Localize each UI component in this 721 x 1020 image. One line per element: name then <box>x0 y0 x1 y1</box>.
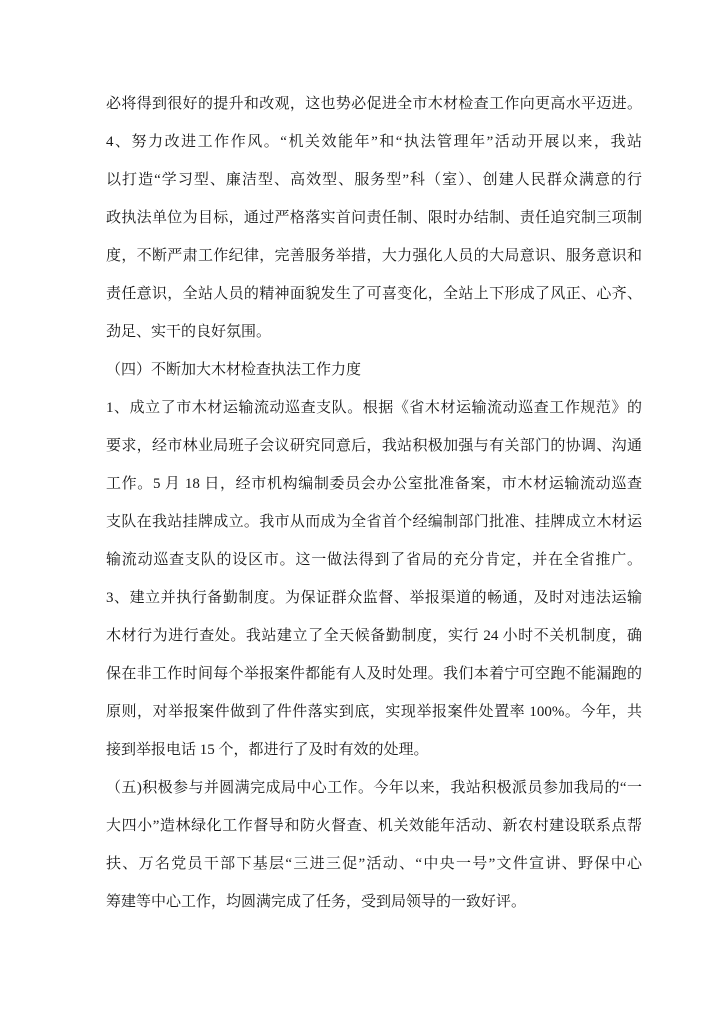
text-line: 责任意识，全站人员的精神面貌发生了可喜变化，全站上下形成了风正、心齐、 <box>106 275 642 313</box>
document-page: 必将得到很好的提升和改观，这也势必促进全市木材检查工作向更高水平迈进。 4、努力… <box>0 0 721 1020</box>
text-line: 原则，对举报案件做到了件件落实到底，实现举报案件处置率 100%。今年，共 <box>106 693 642 731</box>
text-line: 输流动巡查支队的设区市。这一做法得到了省局的充分肯定，并在全省推广。 <box>106 541 642 579</box>
paragraph: （五)积极参与并圆满完成局中心工作。今年以来，我站积极派员参加我局的“一 大四小… <box>106 769 642 921</box>
text-line: 政执法单位为目标，通过严格落实首问责任制、限时办结制、责任追究制三项制 <box>106 199 642 237</box>
paragraph-heading: （四）不断加大木材检查执法工作力度 <box>106 351 642 389</box>
text-line: 以打造“学习型、廉洁型、高效型、服务型”科（室）、创建人民群众满意的行 <box>106 161 642 199</box>
text-line: 要求，经市林业局班子会议研究同意后，我站积极加强与有关部门的协调、沟通 <box>106 427 642 465</box>
text-line: 扶、万名党员干部下基层“三进三促”活动、“中央一号”文件宣讲、野保中心 <box>106 845 642 883</box>
text-line: 必将得到很好的提升和改观，这也势必促进全市木材检查工作向更高水平迈进。 <box>106 85 642 123</box>
text-line: （五)积极参与并圆满完成局中心工作。今年以来，我站积极派员参加我局的“一 <box>106 769 642 807</box>
text-line: 支队在我站挂牌成立。我市从而成为全省首个经编制部门批准、挂牌成立木材运 <box>106 503 642 541</box>
text-line: 木材行为进行查处。我站建立了全天候备勤制度，实行 24 小时不关机制度，确 <box>106 617 642 655</box>
text-line: 保在非工作时间每个举报案件都能有人及时处理。我们本着宁可空跑不能漏跑的 <box>106 655 642 693</box>
text-line: 工作。5 月 18 日，经市机构编制委员会办公室批准备案，市木材运输流动巡查 <box>106 465 642 503</box>
text-line: 3、建立并执行备勤制度。为保证群众监督、举报渠道的畅通，及时对违法运输 <box>106 579 642 617</box>
text-line: 4、努力改进工作作风。“机关效能年”和“执法管理年”活动开展以来，我站 <box>106 123 642 161</box>
text-block: 必将得到很好的提升和改观，这也势必促进全市木材检查工作向更高水平迈进。 4、努力… <box>106 85 642 921</box>
text-line: 1、成立了市木材运输流动巡查支队。根据《省木材运输流动巡查工作规范》的 <box>106 389 642 427</box>
paragraph: 3、建立并执行备勤制度。为保证群众监督、举报渠道的畅通，及时对违法运输 木材行为… <box>106 579 642 769</box>
text-line: 筹建等中心工作，均圆满完成了任务，受到局领导的一致好评。 <box>106 883 642 921</box>
text-line: 接到举报电话 15 个，都进行了及时有效的处理。 <box>106 731 642 769</box>
paragraph: 必将得到很好的提升和改观，这也势必促进全市木材检查工作向更高水平迈进。 <box>106 85 642 123</box>
text-line: （四）不断加大木材检查执法工作力度 <box>106 351 642 389</box>
text-line: 大四小”造林绿化工作督导和防火督查、机关效能年活动、新农村建设联系点帮 <box>106 807 642 845</box>
paragraph: 4、努力改进工作作风。“机关效能年”和“执法管理年”活动开展以来，我站 以打造“… <box>106 123 642 351</box>
text-line: 度，不断严肃工作纪律，完善服务举措，大力强化人员的大局意识、服务意识和 <box>106 237 642 275</box>
paragraph: 1、成立了市木材运输流动巡查支队。根据《省木材运输流动巡查工作规范》的 要求，经… <box>106 389 642 579</box>
text-line: 劲足、实干的良好氛围。 <box>106 313 642 351</box>
